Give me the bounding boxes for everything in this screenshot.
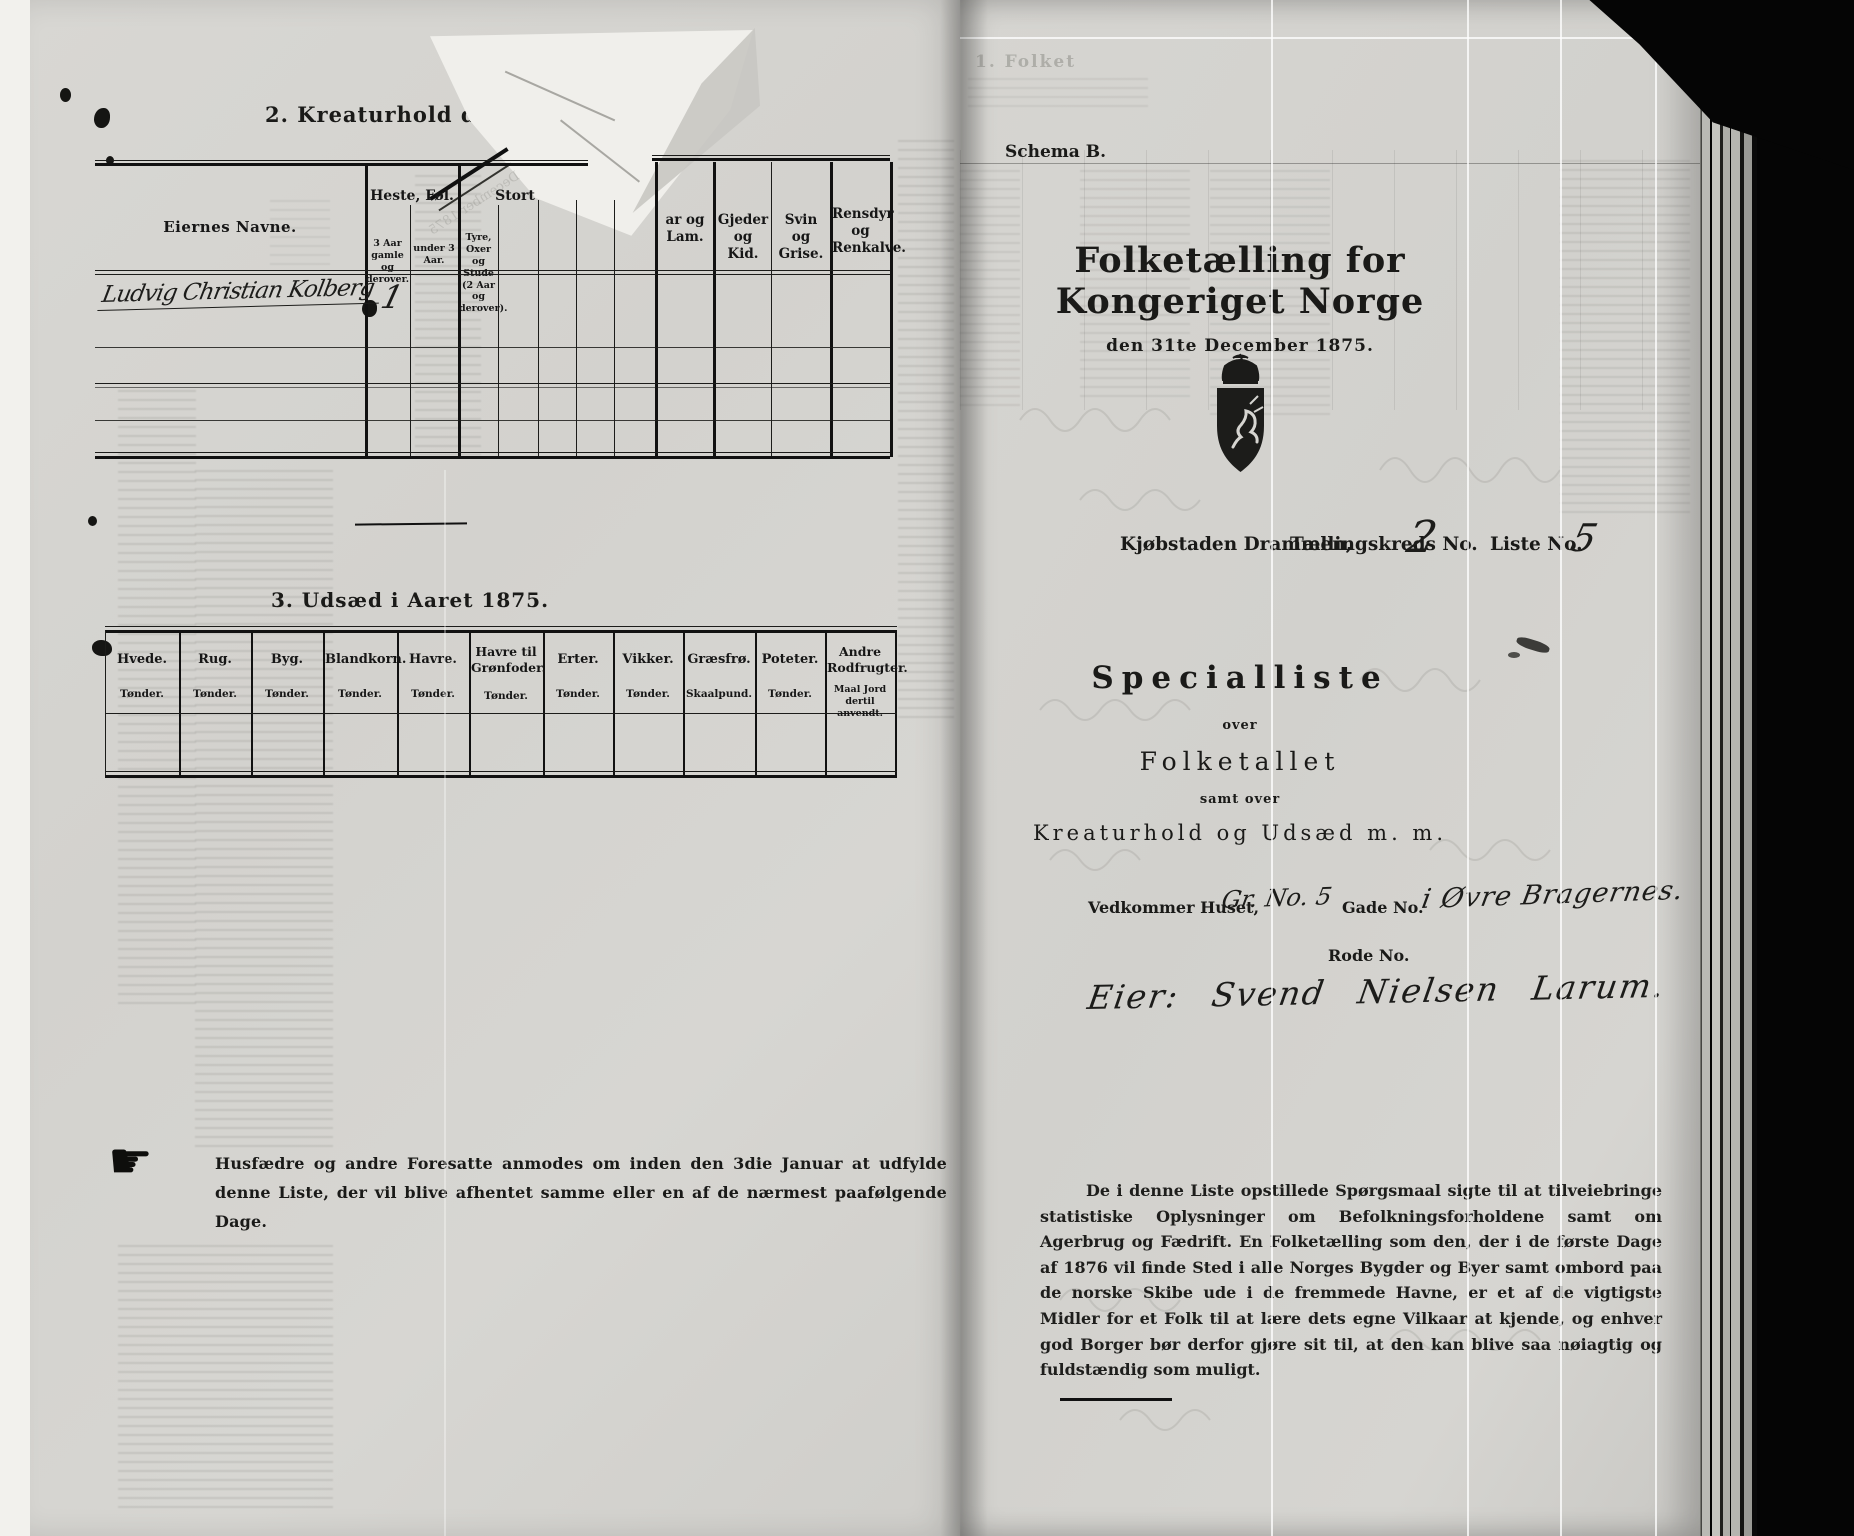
fold-streak [444,470,446,1536]
fold-streak [1560,0,1562,1536]
right-page: 1. Folket Schema B. Folketælling for Kon… [960,0,1700,1536]
udsaed-col-label: Hvede. [107,652,177,668]
udsaed-col-unit: Tønder. [181,688,249,701]
udsaed-col-unit: Tønder. [325,688,395,701]
ink-spot [60,88,71,102]
faar-column-header: ar og Lam. [658,212,712,246]
udsaed-col-label: Havre til Grønfoder. [471,644,541,675]
stort-group-header: Stort [485,188,545,206]
heste-sub2-header: under 3 Aar. [411,243,457,267]
udsaed-col-label: Græsfrø. [685,652,753,668]
udsaed-col-unit: Tønder. [253,688,321,701]
udsaed-col-label: Andre Rodfrugter. [827,644,893,675]
svin-column-header: Svin og Grise. [774,212,828,263]
udsaed-col-label: Havre. [399,652,467,668]
section-divider [355,522,467,525]
heste-group-header: Heste, Føl. [368,188,456,206]
fold-streak [960,37,1700,39]
udsaed-col-label: Byg. [253,652,321,668]
census-scan: 2. Kreaturhold den 31. December 1875 Eie… [0,0,1854,1536]
ghost-print-column [968,78,1148,108]
owner-entry-handwriting: Ludvig Christian Kolberg [97,275,384,311]
udsaed-col-unit: Tønder. [757,688,823,701]
owner-column-header: Eiernes Navne. [140,218,320,237]
gjeder-column-header: Gjeder og Kid. [716,212,770,263]
scan-left-margin [0,0,30,1536]
left-page: 2. Kreaturhold den 31. December 1875 Eie… [30,0,960,1536]
udsaed-col-unit: Tønder. [107,688,177,701]
ink-smudge [1508,652,1520,658]
title-block: Folketælling for Kongeriget Norge den 31… [980,240,1500,356]
book-page-edges [1700,0,1757,1536]
section3-title: 3. Udsæd i Aaret 1875. [150,588,670,612]
census-title: Folketælling for Kongeriget Norge [980,240,1500,322]
ghost-print-column [195,470,333,1150]
udsaed-col-unit: Skaalpund. [685,688,753,701]
udsaed-col-label: Erter. [545,652,611,668]
udsaed-col-unit: Tønder. [545,688,611,701]
udsaed-col-label: Blandkorn. [325,652,395,668]
udsaed-col-unit: Tønder. [615,688,681,701]
ghost-header-text: 1. Folket [975,52,1076,72]
udsaed-col-unit: Tønder. [399,688,467,701]
udsaed-col-unit: Tønder. [471,690,541,703]
book-gutter [940,0,988,1536]
manicule-icon: ☛ [108,1132,153,1190]
udsaed-col-label: Vikker. [615,652,681,668]
ghost-print-column [118,1245,333,1515]
scan-background [1757,0,1854,1536]
footnote-text: Husfædre og andre Foresatte anmodes om i… [215,1150,947,1236]
fold-streak [1655,0,1657,1536]
udsaed-col-unit: Maal Jord dertil anvendt. [827,684,893,720]
rensdyr-column-header: Rensdyr og Renkalve. [832,206,889,257]
ink-spot [94,108,110,128]
fold-streak [1271,0,1273,1536]
fold-streak [1467,0,1469,1536]
udsaed-col-label: Poteter. [757,652,823,668]
ghost-handwriting [960,380,1700,1480]
udsaed-col-label: Rug. [181,652,249,668]
ink-spot [88,516,97,526]
